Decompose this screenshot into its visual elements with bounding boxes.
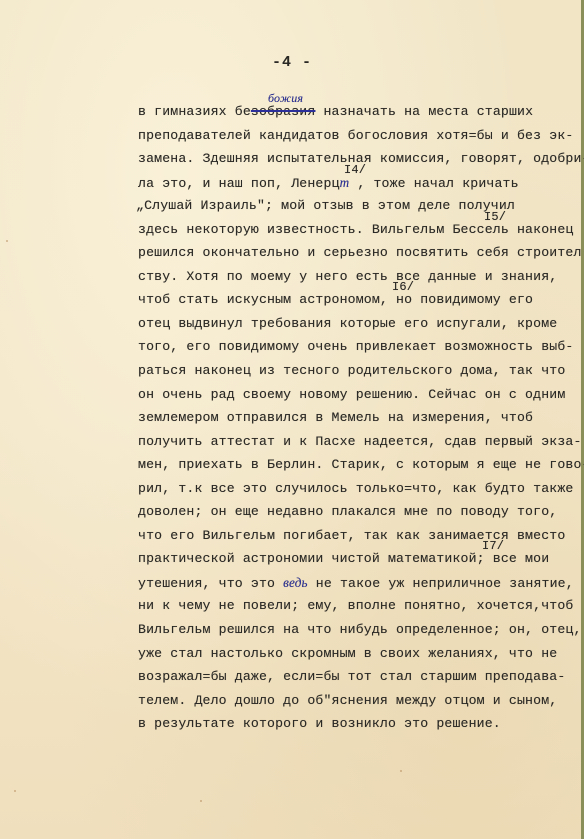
text-line-4: ла это, и наш поп, Ленерцт , тоже начал … xyxy=(138,171,584,195)
text-line-25: возражал=бы даже, если=бы тот стал старш… xyxy=(138,665,584,689)
text-line-1: в гимназиях безобразия назначать на мест… xyxy=(138,100,584,124)
text-line-15: получить аттестат и к Пасхе надеется, сд… xyxy=(138,430,584,454)
text-line-21: утешения, что это ведь не такое уж непри… xyxy=(138,571,584,595)
text-line-11: того, его повидимому очень привлекает во… xyxy=(138,335,584,359)
handwritten-word: ведь xyxy=(283,575,308,590)
footnote-marker-4: I4/ xyxy=(344,159,366,183)
text-line-13: он очень рад своему новому решению. Сейч… xyxy=(138,383,584,407)
text-line-7: решился окончательно и серьезно посвятит… xyxy=(138,241,584,265)
document-page: -4 - в гимназиях безобразия назначать на… xyxy=(0,0,584,839)
text-line-27: в результате которого и возникло это реш… xyxy=(138,712,584,736)
text-line-8: ству. Хотя по моему у него есть все данн… xyxy=(138,265,584,289)
footnote-marker-5: I5/ xyxy=(484,206,506,230)
text-line-18: доволен; он еще недавно плакался мне по … xyxy=(138,500,584,524)
text-line-17: рил, т.к все это случилось только=что, к… xyxy=(138,477,584,501)
footnote-marker-6: I6/ xyxy=(392,276,414,300)
text-line-6: здесь некоторую известность. Вильгельм Б… xyxy=(138,218,584,242)
text-line-9: чтоб стать искусным астрономом, но повид… xyxy=(138,288,584,312)
text-line-14: землемером отправился в Мемель на измере… xyxy=(138,406,584,430)
page-number: -4 - xyxy=(0,54,584,71)
text-line-19: что его Вильгельм погибает, так как зани… xyxy=(138,524,584,548)
text-line-23: Вильгельм решился на что нибудь определе… xyxy=(138,618,584,642)
text-line-24: уже стал настолько скромным в своих жела… xyxy=(138,642,584,666)
text-line-20: практической астрономии чистой математик… xyxy=(138,547,584,571)
handwritten-correction: божия xyxy=(268,87,303,111)
text-line-12: раться наконец из тесного родительского … xyxy=(138,359,584,383)
footnote-marker-7: I7/ xyxy=(482,535,504,559)
text-line-5: „Слушай Израиль"; мой отзыв в этом деле … xyxy=(136,194,584,218)
text-line-10: отец выдвинул требования которые его исп… xyxy=(138,312,584,336)
typed-body: в гимназиях безобразия назначать на мест… xyxy=(138,100,584,736)
text-line-22: ни к чему не повели; ему, вполне понятно… xyxy=(138,594,584,618)
text-line-26: телем. Дело дошло до об"яснения между от… xyxy=(138,689,584,713)
text-line-2: преподавателей кандидатов богословия хот… xyxy=(138,124,584,148)
text-line-16: мен, приехать в Берлин. Старик, с которы… xyxy=(138,453,584,477)
